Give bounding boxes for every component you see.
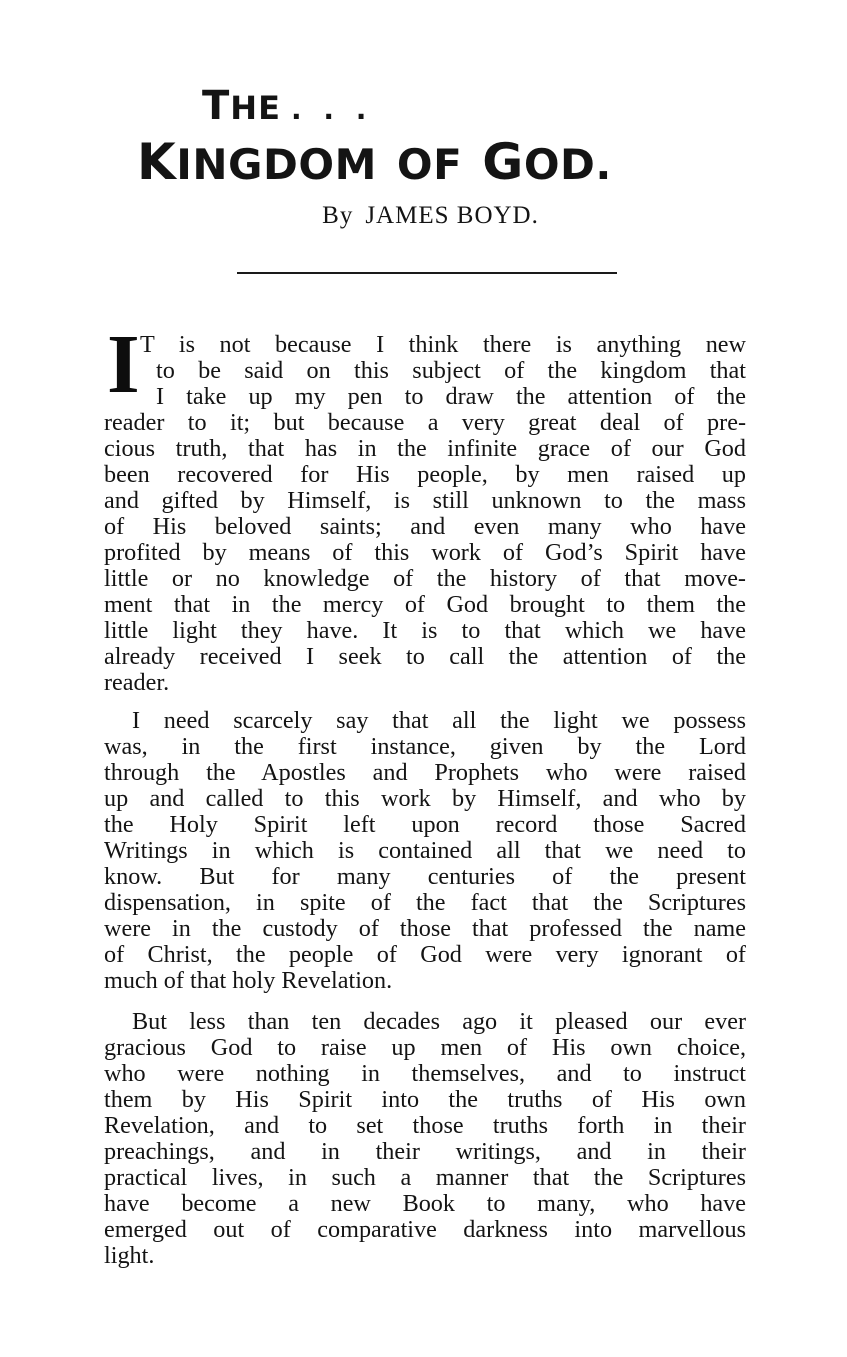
title-kingdom-of-god: KINGDOMOFGOD. xyxy=(137,132,727,195)
text-line: emerged out of comparative darkness into… xyxy=(104,1217,746,1243)
text-line: were in the custody of those that profes… xyxy=(104,916,746,942)
title-word-rest: INGDOM xyxy=(176,140,377,189)
byline-author: JAMES BOYD. xyxy=(365,202,539,229)
text-line: T is not because I think there is anythi… xyxy=(104,332,746,358)
text-line: little or no knowledge of the history of… xyxy=(104,566,746,592)
title-word-cap: G xyxy=(482,133,524,191)
text-line: who were nothing in themselves, and to i… xyxy=(104,1061,746,1087)
text-line: was, in the first instance, given by the… xyxy=(104,734,746,760)
text-line: ment that in the mercy of God brought to… xyxy=(104,592,746,618)
title-word-god: GOD. xyxy=(482,133,612,191)
text-line: have become a new Book to many, who have xyxy=(104,1191,746,1217)
text-line: reader to it; but because a very great d… xyxy=(104,410,746,436)
title-word-of: OF xyxy=(397,133,462,191)
paragraph-1: T is not because I think there is anythi… xyxy=(104,332,746,696)
text-line: of Christ, the people of God were very i… xyxy=(104,942,746,968)
text-line: dispensation, in spite of the fact that … xyxy=(104,890,746,916)
text-line: practical lives, in such a manner that t… xyxy=(104,1165,746,1191)
text-line: I need scarcely say that all the light w… xyxy=(104,708,746,734)
text-line: up and called to this work by Himself, a… xyxy=(104,786,746,812)
title-word-rest: OD. xyxy=(524,140,612,189)
text-line: them by His Spirit into the truths of Hi… xyxy=(104,1087,746,1113)
text-line: to be said on this subject of the kingdo… xyxy=(104,358,746,384)
title-word-cap: K xyxy=(137,133,176,191)
byline-prefix: By xyxy=(322,202,353,229)
title-word-rest: OF xyxy=(397,140,462,189)
text-line: much of that holy Revelation. xyxy=(104,968,746,994)
text-line: and gifted by Himself, is still unknown … xyxy=(104,488,746,514)
text-line: the Holy Spirit left upon record those S… xyxy=(104,812,746,838)
document-page: THE. . . KINGDOMOFGOD. ByJAMES BOYD. I T… xyxy=(0,0,847,1357)
title-the-rest: HE xyxy=(230,89,281,127)
title-word-kingdom: KINGDOM xyxy=(137,133,377,191)
text-line: Writings in which is contained all that … xyxy=(104,838,746,864)
text-line: reader. xyxy=(104,670,746,696)
title-ellipsis: . . . xyxy=(291,93,372,126)
text-line: preachings, and in their writings, and i… xyxy=(104,1139,746,1165)
text-line: of His beloved saints; and even many who… xyxy=(104,514,746,540)
text-line: But less than ten decades ago it pleased… xyxy=(104,1009,746,1035)
title-the-cap: T xyxy=(202,83,230,129)
text-line: gracious God to raise up men of His own … xyxy=(104,1035,746,1061)
text-line: light. xyxy=(104,1243,746,1269)
text-line: I take up my pen to draw the attention o… xyxy=(104,384,746,410)
paragraph-3: But less than ten decades ago it pleased… xyxy=(104,1009,746,1269)
text-line: little light they have. It is to that wh… xyxy=(104,618,746,644)
horizontal-rule xyxy=(237,272,617,274)
text-line: already received I seek to call the atte… xyxy=(104,644,746,670)
text-line: through the Apostles and Prophets who we… xyxy=(104,760,746,786)
text-line: cious truth, that has in the infinite gr… xyxy=(104,436,746,462)
byline: ByJAMES BOYD. xyxy=(0,200,847,232)
paragraph-2: I need scarcely say that all the light w… xyxy=(104,708,746,994)
title-line-the: THE. . . xyxy=(202,84,372,132)
text-line: been recovered for His people, by men ra… xyxy=(104,462,746,488)
text-line: know. But for many centuries of the pres… xyxy=(104,864,746,890)
text-line: Revelation, and to set those truths fort… xyxy=(104,1113,746,1139)
text-line: profited by means of this work of God’s … xyxy=(104,540,746,566)
